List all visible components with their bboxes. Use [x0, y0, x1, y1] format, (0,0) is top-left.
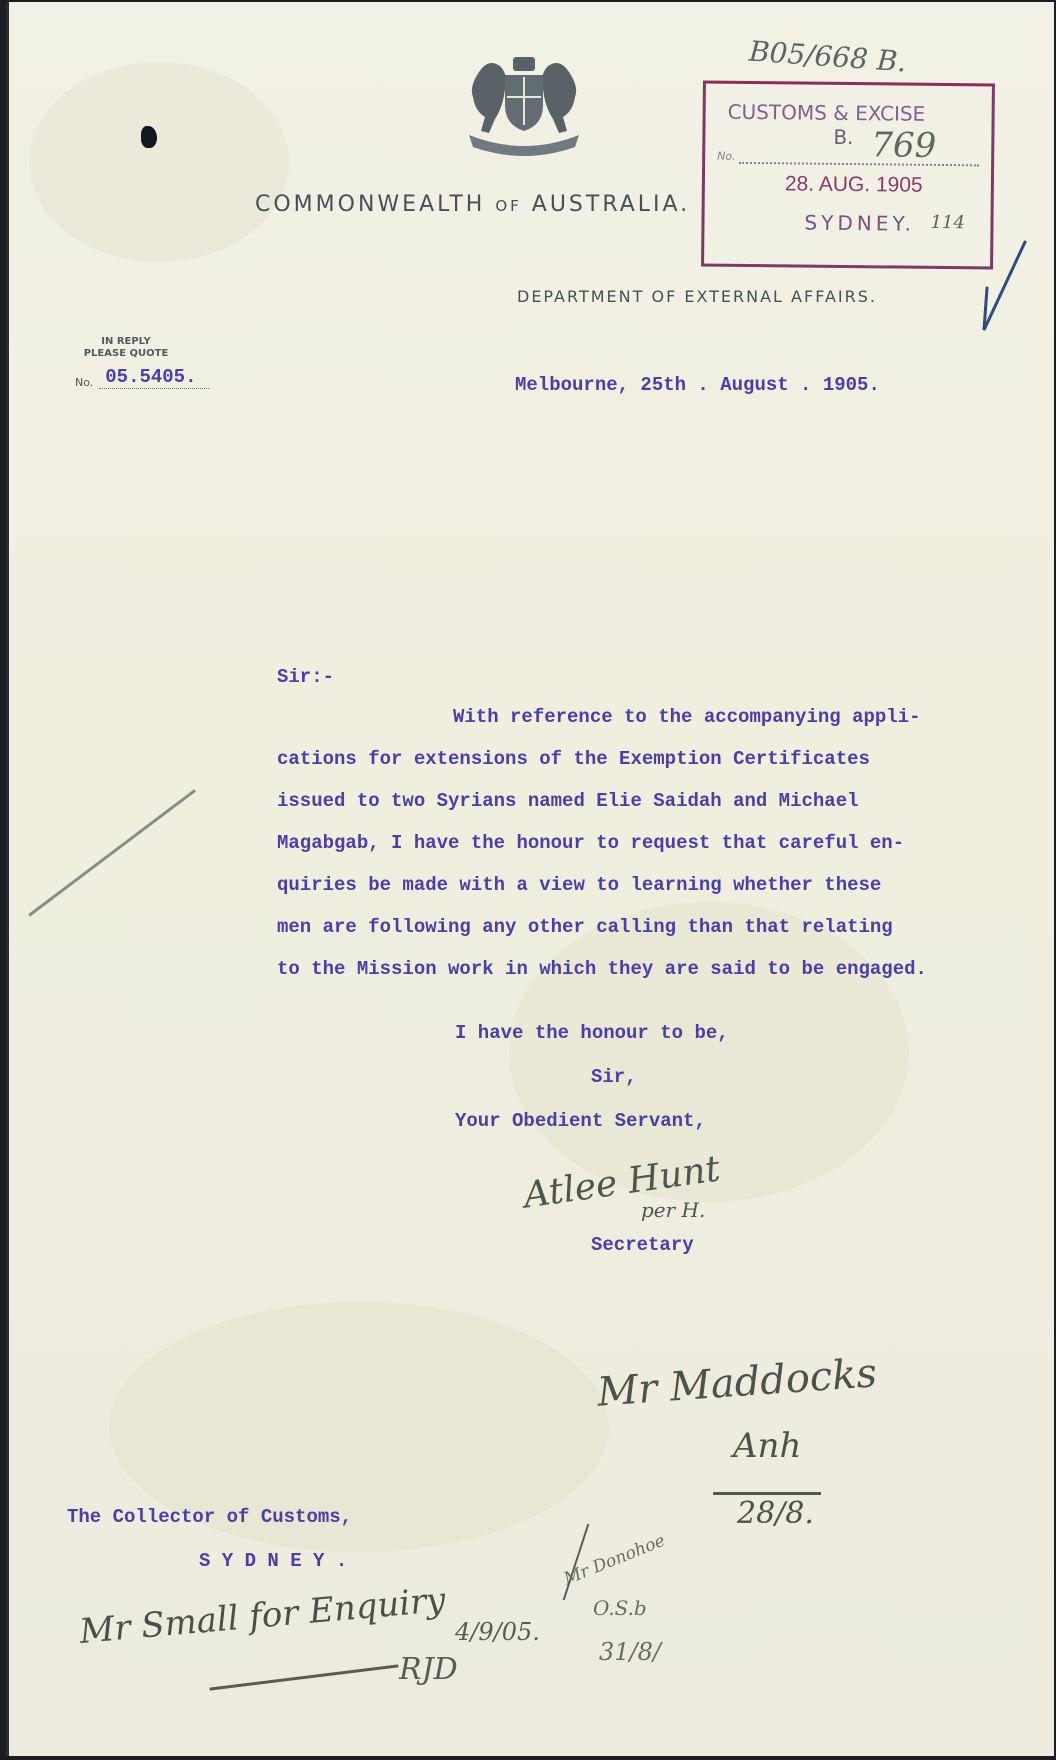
annotation-small-initials: RJD — [399, 1652, 458, 1687]
checkmark-icon — [979, 238, 1029, 334]
addressee-line-1: The Collector of Customs, — [67, 1506, 352, 1528]
salutation: Sir:- — [277, 666, 334, 688]
place-date: Melbourne, 25th . August . 1905. — [515, 374, 880, 396]
reply-label-1: IN REPLY — [71, 336, 181, 348]
body-line: Magabgab, I have the honour to request t… — [277, 832, 927, 874]
annotation-donohoe-initials: O.S.b — [593, 1596, 647, 1620]
reply-no-prefix: No. — [75, 376, 93, 389]
closing-line-3: Your Obedient Servant, — [455, 1110, 706, 1132]
annotation-donohoe-date: 31/8/ — [599, 1638, 661, 1666]
body-line: cations for extensions of the Exemption … — [277, 748, 927, 790]
stamp-no-label: No. — [717, 150, 736, 163]
signature-per: per H. — [641, 1198, 705, 1222]
letterhead-title: COMMONWEALTH OF AUSTRALIA. — [255, 192, 690, 217]
annotation-small-date: 4/9/05. — [455, 1618, 540, 1646]
reply-reference: IN REPLY PLEASE QUOTE — [71, 336, 181, 360]
annotation-maddocks: Mr Maddocks — [596, 1350, 879, 1415]
body-line: With reference to the accompanying appli… — [453, 706, 927, 748]
body-line: to the Mission work in which they are sa… — [277, 958, 927, 1000]
customs-stamp: CUSTOMS & EXCISE B. No. 769 28. AUG. 190… — [701, 80, 995, 269]
annotation-maddocks-rule — [713, 1492, 821, 1495]
letter-body: With reference to the accompanying appli… — [277, 706, 927, 1000]
stamp-city: SYDNEY. — [804, 211, 915, 236]
pencil-margin-stroke — [28, 789, 196, 917]
annotation-maddocks-initials: Anh — [733, 1426, 801, 1466]
stamp-line-b: B. — [833, 125, 853, 149]
addressee-line-2: S Y D N E Y . — [199, 1550, 347, 1572]
reply-number-line: No. 05.5405. — [75, 370, 188, 392]
stamp-date: 28. AUG. 1905 — [785, 172, 923, 197]
ink-blot — [141, 126, 157, 148]
signatory-title: Secretary — [591, 1234, 694, 1256]
stamp-number: 769 — [871, 125, 936, 166]
body-line: issued to two Syrians named Elie Saidah … — [277, 790, 927, 832]
handwritten-file-ref: B05/668 B. — [748, 35, 907, 79]
reply-label-2: PLEASE QUOTE — [71, 348, 181, 360]
annotation-small: Mr Small for Enquiry — [78, 1580, 447, 1652]
reply-number: 05.5405. — [105, 366, 196, 388]
letter-page: COMMONWEALTH OF AUSTRALIA. DEPARTMENT OF… — [6, 2, 1054, 1756]
coat-of-arms-icon — [449, 47, 599, 157]
stamp-suffix: 114 — [930, 212, 965, 233]
body-line: quiries be made with a view to learning … — [277, 874, 927, 916]
stamp-line-customs: CUSTOMS & EXCISE — [728, 100, 926, 126]
body-line: men are following any other calling than… — [277, 916, 927, 958]
annotation-small-underline — [210, 1664, 399, 1690]
closing-line-1: I have the honour to be, — [455, 1022, 729, 1044]
annotation-maddocks-date: 28/8. — [737, 1496, 814, 1531]
closing-line-2: Sir, — [591, 1066, 637, 1088]
department-name: DEPARTMENT OF EXTERNAL AFFAIRS. — [517, 287, 877, 306]
